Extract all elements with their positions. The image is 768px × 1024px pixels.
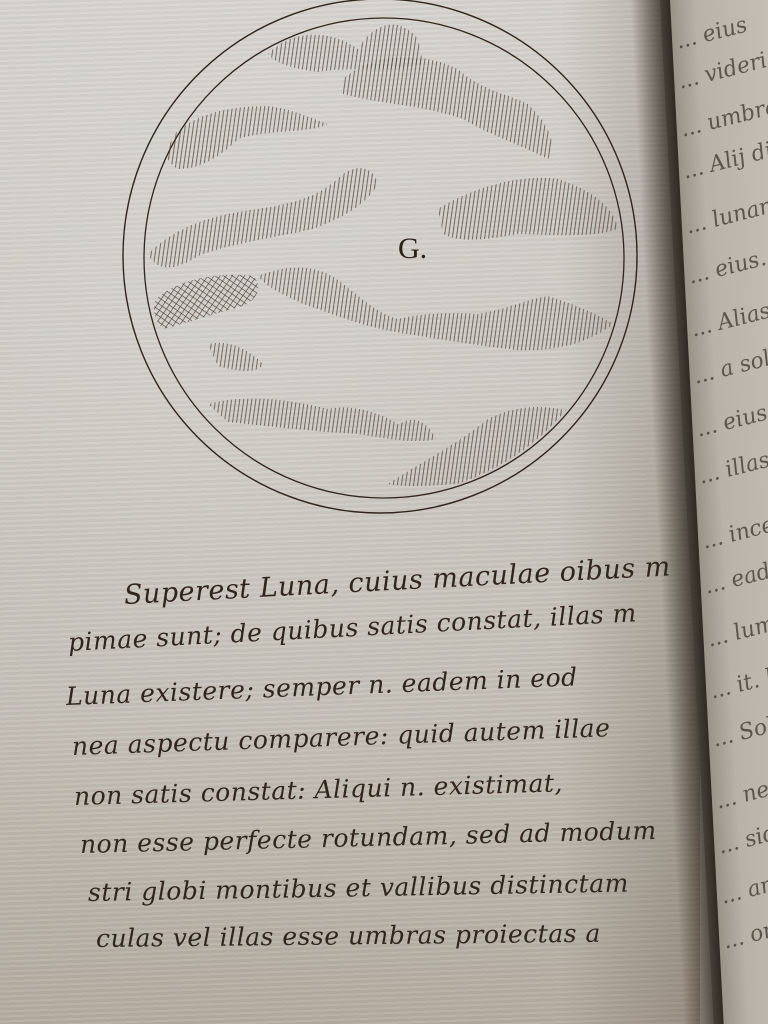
right-page-line: ... sidem <box>715 813 768 860</box>
text-line: culas vel illas esse umbras proiectas a <box>96 919 601 953</box>
right-page-line: ... lunaris; <box>682 188 768 240</box>
moon-diagram <box>118 0 646 522</box>
right-page-line: ... am a <box>717 866 768 910</box>
right-page-line: ... eius. Q <box>685 240 768 290</box>
right-page-line: ... nea <box>712 774 768 815</box>
manuscript-spread: ... eius ... videri ... umbra ... Alij d… <box>0 0 768 1024</box>
right-page-line: ... videri <box>675 48 768 95</box>
right-page-line: ... umbra <box>677 94 768 143</box>
right-page-line: ... a sole <box>690 343 768 390</box>
right-page-line: ... illas <box>695 448 768 490</box>
right-page-line: ... Solan <box>709 706 768 752</box>
right-page-line: ... eadem <box>701 551 768 600</box>
diagram-label: G. <box>398 232 427 266</box>
right-page-line: ... luminae <box>704 600 768 653</box>
right-page-line: ... incerta <box>699 504 768 554</box>
right-page-line: ... eius <box>673 13 751 55</box>
right-page-line: ... Alias <box>688 298 768 342</box>
right-page-line: ... it. ht <box>707 661 768 705</box>
right-page-line: ... eius; <box>693 399 768 443</box>
right-page-line: ... on <box>720 917 768 955</box>
